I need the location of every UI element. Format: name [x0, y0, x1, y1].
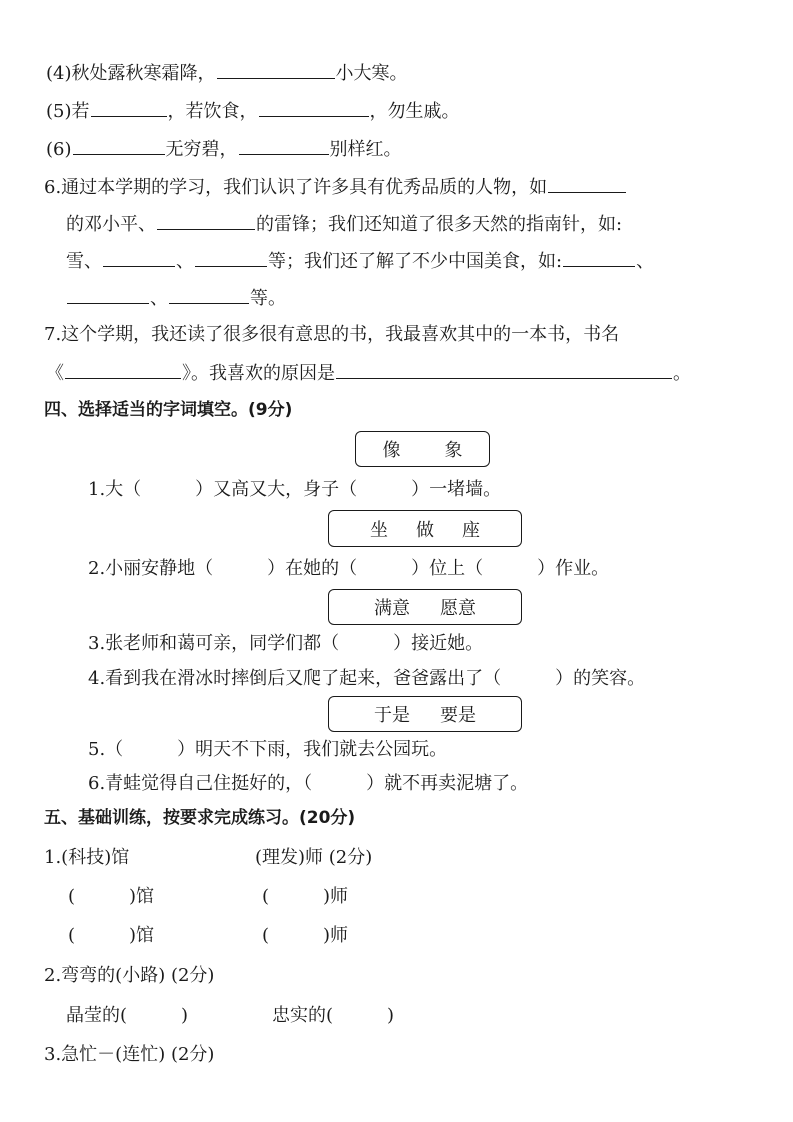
section-4-question-1: 1.大（ ）又高又大，身子（ ）一堵墙。: [88, 478, 501, 502]
section-5-title: 五、基础训练，按要求完成练习。(20分): [44, 806, 355, 830]
item-text: 别样红。: [330, 139, 402, 160]
section-5-q1-row-2-right[interactable]: ( )师: [262, 924, 348, 948]
word-options-box-1: 像 象: [355, 431, 490, 467]
section-5-q2-right[interactable]: 忠实的( ): [272, 1004, 394, 1028]
poem-item-4: (4)秋处露秋寒霜降，小大寒。: [46, 60, 408, 86]
section-4-question-5: 5.（ ）明天不下雨，我们就去公园玩。: [88, 738, 447, 762]
item-text: 无穷碧，: [166, 139, 238, 160]
section-4-question-6: 6.青蛙觉得自己住挺好的，（ ）就不再卖泥塘了。: [88, 772, 528, 796]
question-6-line-3: 雪、、等；我们还了解了不少中国美食，如:、: [66, 248, 654, 274]
item-text: 若: [72, 101, 90, 122]
answer-blank[interactable]: [195, 248, 267, 267]
question-6-line-1: 6.通过本学期的学习，我们认识了许多具有优秀品质的人物，如: [44, 174, 627, 200]
item-text: 秋处露秋寒霜降，: [72, 63, 216, 84]
answer-blank[interactable]: [103, 248, 175, 267]
answer-blank[interactable]: [67, 285, 149, 304]
question-7-line-1: 7.这个学期，我还读了很多很有意思的书，我最喜欢其中的一本书，书名: [44, 323, 619, 347]
word-options-box-2: 坐 做 座: [328, 510, 522, 547]
word-option: 要是: [440, 701, 476, 727]
word-option: 象: [445, 436, 463, 462]
section-5-q1-header-right: (理发)师 (2分): [255, 846, 372, 870]
question-text: 6.通过本学期的学习，我们认识了许多具有优秀品质的人物，如: [44, 177, 547, 198]
section-4-question-2: 2.小丽安静地（ ）在她的（ ）位上（ ）作业。: [88, 557, 609, 581]
question-text: 的雷锋；我们还知道了很多天然的指南针，如:: [256, 214, 622, 235]
question-text: 等。: [250, 288, 286, 309]
section-5-q2-header: 2.弯弯的(小路) (2分): [44, 964, 214, 988]
book-title-blank[interactable]: [65, 360, 181, 379]
answer-blank[interactable]: [563, 248, 635, 267]
answer-blank[interactable]: [91, 98, 167, 117]
section-4-question-3: 3.张老师和蔼可亲，同学们都（ ）接近她。: [88, 632, 483, 656]
word-options-box-4: 于是 要是: [328, 696, 522, 732]
word-option: 满意: [374, 594, 410, 620]
question-text: 、: [150, 288, 168, 309]
question-6-line-4: 、等。: [66, 285, 286, 311]
word-option: 座: [462, 516, 480, 542]
word-option: 坐: [370, 516, 388, 542]
section-4-title: 四、选择适当的字词填空。(9分): [44, 398, 292, 422]
section-5-q1-header-left: 1.(科技)馆: [44, 846, 129, 870]
question-6-line-2: 的邓小平、的雷锋；我们还知道了很多天然的指南针，如:: [66, 211, 622, 237]
question-text: 、: [176, 251, 194, 272]
answer-blank[interactable]: [217, 60, 335, 79]
answer-blank[interactable]: [169, 285, 249, 304]
question-text: 等；我们还了解了不少中国美食，如:: [268, 251, 562, 272]
item-text: ，勿生戚。: [370, 101, 460, 122]
question-text: 》。我喜欢的原因是: [182, 363, 335, 384]
word-options-box-3: 满意 愿意: [328, 589, 522, 625]
question-text: 。: [673, 363, 691, 384]
word-option: 做: [416, 516, 434, 542]
reason-blank[interactable]: [336, 360, 672, 379]
section-5-q2-left[interactable]: 晶莹的( ): [66, 1004, 188, 1028]
book-bracket-open: 《: [46, 363, 64, 384]
answer-blank[interactable]: [157, 211, 255, 230]
item-text: ，若饮食，: [168, 101, 258, 122]
item-text: 小大寒。: [336, 63, 408, 84]
question-text: 雪、: [66, 251, 102, 272]
item-number: (4): [46, 63, 72, 84]
word-option: 愿意: [440, 594, 476, 620]
answer-blank[interactable]: [548, 174, 626, 193]
section-5-q1-row-1-left[interactable]: ( )馆: [68, 885, 154, 909]
word-option: 像: [383, 436, 401, 462]
poem-item-5: (5)若，若饮食，，勿生戚。: [46, 98, 460, 124]
section-5-q1-row-2-left[interactable]: ( )馆: [68, 924, 154, 948]
question-7-line-2: 《》。我喜欢的原因是。: [46, 360, 691, 386]
question-text: 7.这个学期，我还读了很多很有意思的书，我最喜欢其中的一本书，书名: [44, 324, 619, 345]
answer-blank[interactable]: [259, 98, 369, 117]
section-4-question-4: 4.看到我在滑冰时摔倒后又爬了起来，爸爸露出了（ ）的笑容。: [88, 667, 645, 691]
answer-blank[interactable]: [239, 136, 329, 155]
section-5-q3-header: 3.急忙－(连忙) (2分): [44, 1043, 214, 1067]
section-5-q1-row-1-right[interactable]: ( )师: [262, 885, 348, 909]
poem-item-6: (6)无穷碧，别样红。: [46, 136, 402, 162]
question-text: 、: [636, 251, 654, 272]
answer-blank[interactable]: [73, 136, 165, 155]
word-option: 于是: [374, 701, 410, 727]
item-number: (5): [46, 101, 72, 122]
item-number: (6): [46, 139, 72, 160]
question-text: 的邓小平、: [66, 214, 156, 235]
